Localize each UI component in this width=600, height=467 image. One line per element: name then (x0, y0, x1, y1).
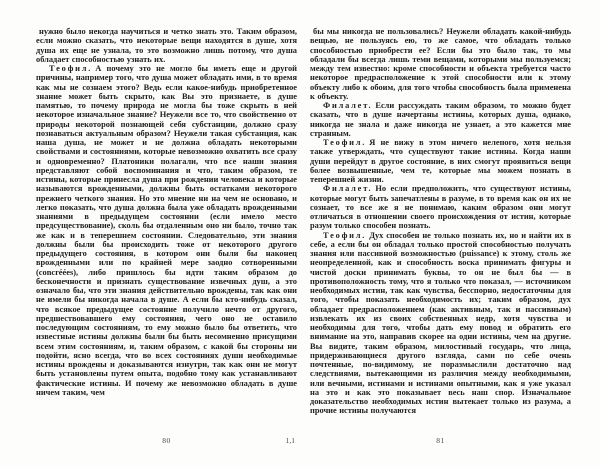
page-number: 81 (310, 436, 571, 445)
speaker-name: Теофил. (323, 231, 369, 240)
paragraph-text: бы мы никогда не пользовались? Неужели о… (310, 27, 571, 101)
page-footer: 81 (310, 436, 571, 448)
paragraph: Теофил.Дух способен не только познать их… (310, 231, 571, 416)
paragraph: Теофил.А почему это не могло бы иметь ещ… (36, 64, 297, 397)
paragraph-text: нужно было некогда научиться и четко зна… (36, 27, 297, 64)
page-right: бы мы никогда не пользовались? Неужели о… (310, 27, 571, 457)
speaker-name: Филалет. (323, 184, 375, 193)
page-footer: 80 1,1 (36, 436, 297, 448)
paragraph: Теофил.Я не вижу в этом ничего нелепого,… (310, 138, 571, 184)
speaker-name: Филалет. (323, 101, 375, 110)
paragraph: нужно было некогда научиться и четко зна… (36, 27, 297, 64)
paragraph-text: Дух способен не только познать их, но и … (310, 231, 571, 416)
paragraph: бы мы никогда не пользовались? Неужели о… (310, 27, 571, 101)
page-left: нужно было некогда научиться и четко зна… (36, 27, 297, 457)
paragraph-text: А почему это не могло бы иметь еще и дру… (36, 64, 297, 397)
signature-mark: 1,1 (286, 436, 295, 445)
speaker-name: Теофил. (323, 138, 369, 147)
speaker-name: Теофил. (49, 64, 95, 73)
paragraph: Филалет.Если рассуждать таким образом, т… (310, 101, 571, 138)
paragraph: Филалет.Но если предположить, что сущест… (310, 184, 571, 230)
page-number: 80 (36, 436, 297, 445)
